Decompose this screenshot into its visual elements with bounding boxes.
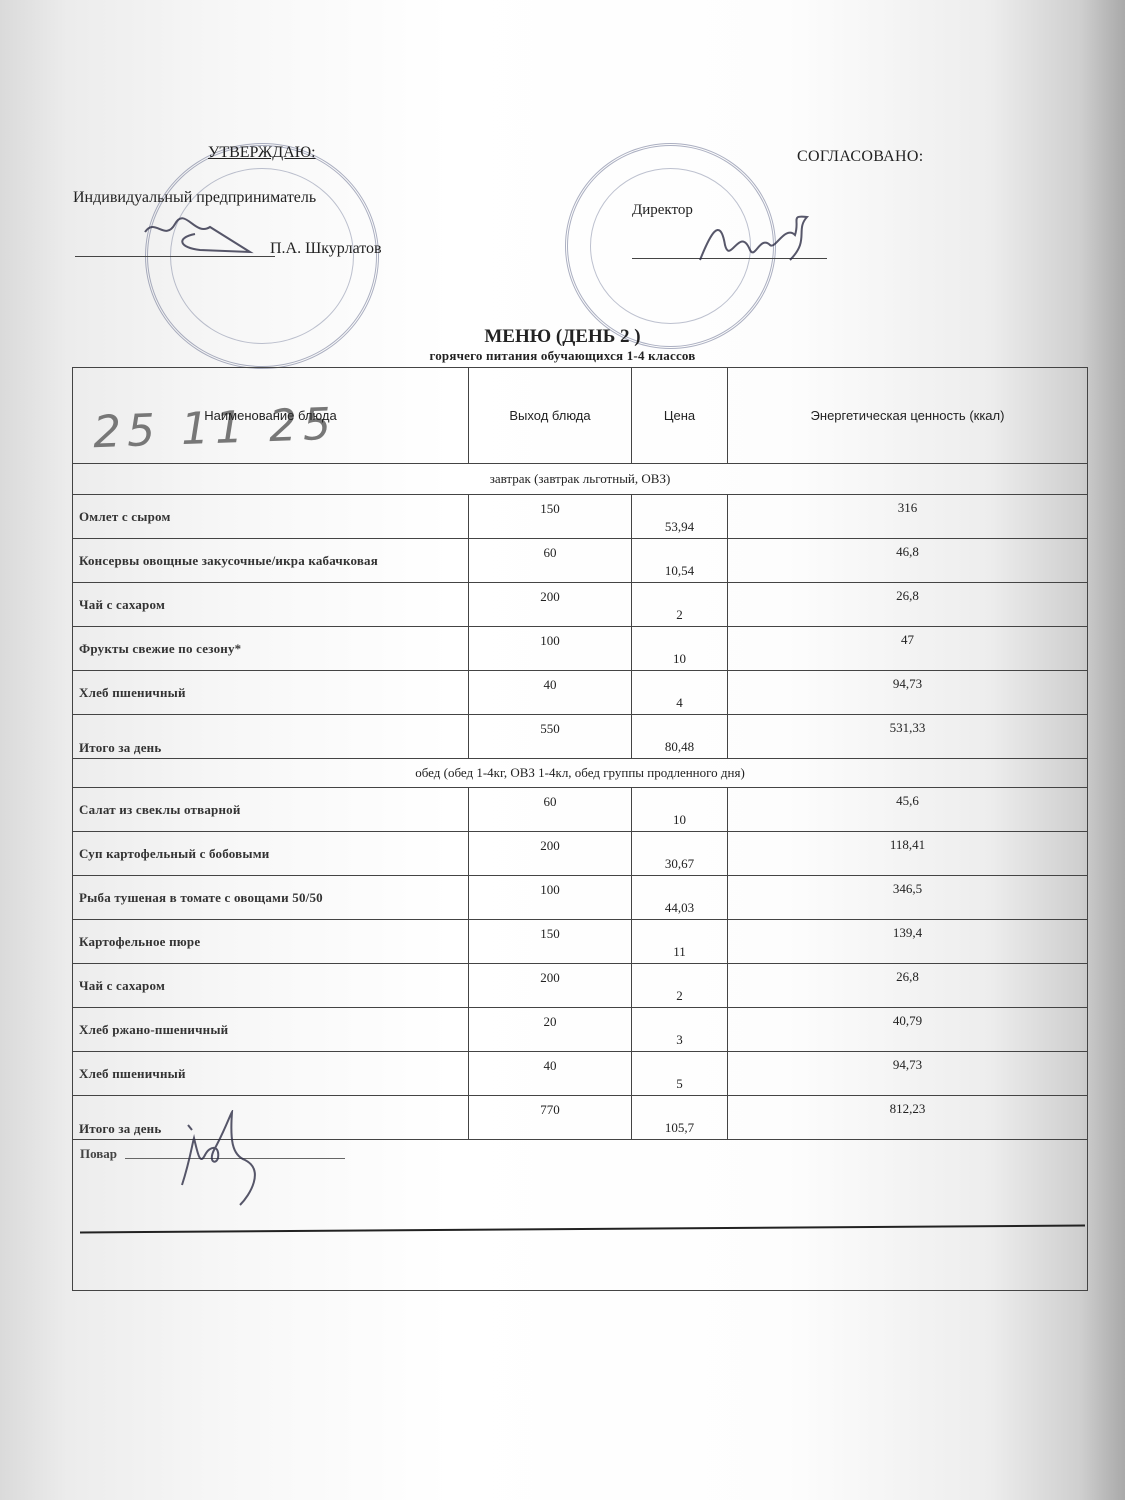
dish-kcal: 346,5: [728, 876, 1088, 920]
cook-label: Повар: [80, 1146, 117, 1162]
dish-price: 53,94: [632, 495, 728, 539]
dish-name: Суп картофельный с бобовыми: [73, 832, 469, 876]
dish-kcal: 812,23: [728, 1096, 1088, 1140]
dish-name: Картофельное пюре: [73, 920, 469, 964]
table-row: Хлеб пшеничный40494,73: [73, 671, 1088, 715]
dish-price: 4: [632, 671, 728, 715]
dish-output: 770: [469, 1096, 632, 1140]
dish-kcal: 118,41: [728, 832, 1088, 876]
dish-price: 80,48: [632, 715, 728, 759]
dish-name: Салат из свеклы отварной: [73, 788, 469, 832]
table-row: Салат из свеклы отварной601045,6: [73, 788, 1088, 832]
dish-output: 20: [469, 1008, 632, 1052]
column-header-output: Выход блюда: [469, 368, 632, 464]
dish-output: 200: [469, 964, 632, 1008]
dish-name: Чай с сахаром: [73, 964, 469, 1008]
dish-price: 2: [632, 964, 728, 1008]
dish-name: Хлеб ржано-пшеничный: [73, 1008, 469, 1052]
table-row: Картофельное пюре15011139,4: [73, 920, 1088, 964]
dish-price: 5: [632, 1052, 728, 1096]
dish-output: 60: [469, 788, 632, 832]
table-row: Рыба тушеная в томате с овощами 50/50100…: [73, 876, 1088, 920]
column-header-kcal: Энергетическая ценность (ккал): [728, 368, 1088, 464]
dish-name: Чай с сахаром: [73, 583, 469, 627]
dish-output: 100: [469, 627, 632, 671]
dish-name: Консервы овощные закусочные/икра кабачко…: [73, 539, 469, 583]
agree-heading: СОГЛАСОВАНО:: [797, 148, 923, 166]
approve-name: П.А. Шкурлатов: [270, 240, 382, 258]
dish-name: Фрукты свежие по сезону*: [73, 627, 469, 671]
column-header-name: 25 11 25 Наименование блюда: [73, 368, 469, 464]
dish-name: Хлеб пшеничный: [73, 1052, 469, 1096]
table-row: Консервы овощные закусочные/икра кабачко…: [73, 539, 1088, 583]
dish-kcal: 26,8: [728, 964, 1088, 1008]
dish-price: 10: [632, 788, 728, 832]
dish-price: 10,54: [632, 539, 728, 583]
dish-price: 30,67: [632, 832, 728, 876]
dish-price: 105,7: [632, 1096, 728, 1140]
approve-signature: [140, 212, 280, 257]
dish-output: 550: [469, 715, 632, 759]
dish-output: 60: [469, 539, 632, 583]
table-row: Фрукты свежие по сезону*1001047: [73, 627, 1088, 671]
agree-role: Директор: [632, 202, 693, 219]
section-header-row: завтрак (завтрак льготный, ОВЗ): [73, 464, 1088, 495]
dish-name: Хлеб пшеничный: [73, 671, 469, 715]
dish-name: Рыба тушеная в томате с овощами 50/50: [73, 876, 469, 920]
dish-output: 200: [469, 832, 632, 876]
dish-price: 11: [632, 920, 728, 964]
table-row: Чай с сахаром200226,8: [73, 583, 1088, 627]
approve-role: Индивидуальный предприниматель: [73, 189, 316, 207]
table-row: Чай с сахаром200226,8: [73, 964, 1088, 1008]
dish-kcal: 46,8: [728, 539, 1088, 583]
table-row: Хлеб ржано-пшеничный20340,79: [73, 1008, 1088, 1052]
dish-kcal: 531,33: [728, 715, 1088, 759]
document-subtitle: горячего питания обучающихся 1-4 классов: [0, 348, 1125, 364]
dish-price: 2: [632, 583, 728, 627]
dish-price: 3: [632, 1008, 728, 1052]
dish-output: 200: [469, 583, 632, 627]
section-header-row: обед (обед 1-4кг, ОВЗ 1-4кл, обед группы…: [73, 759, 1088, 788]
dish-kcal: 40,79: [728, 1008, 1088, 1052]
section-title: обед (обед 1-4кг, ОВЗ 1-4кл, обед группы…: [73, 759, 1088, 788]
document-title: МЕНЮ (ДЕНЬ 2 ): [0, 326, 1125, 348]
dish-name: Итого за день: [73, 715, 469, 759]
section-title: завтрак (завтрак льготный, ОВЗ): [73, 464, 1088, 495]
approve-heading: УТВЕРЖДАЮ:: [208, 144, 316, 162]
table-row: Омлет с сыром15053,94316: [73, 495, 1088, 539]
dish-kcal: 47: [728, 627, 1088, 671]
dish-output: 150: [469, 920, 632, 964]
total-row: Итого за день55080,48531,33: [73, 715, 1088, 759]
dish-output: 40: [469, 671, 632, 715]
dish-kcal: 94,73: [728, 1052, 1088, 1096]
dish-output: 40: [469, 1052, 632, 1096]
dish-kcal: 26,8: [728, 583, 1088, 627]
table-header-row: 25 11 25 Наименование блюда Выход блюда …: [73, 368, 1088, 464]
dish-kcal: 316: [728, 495, 1088, 539]
cook-signature: [170, 1110, 290, 1210]
agree-signature: [695, 205, 815, 275]
table-row: Хлеб пшеничный40594,73: [73, 1052, 1088, 1096]
dish-kcal: 139,4: [728, 920, 1088, 964]
dish-price: 44,03: [632, 876, 728, 920]
table-row: Суп картофельный с бобовыми20030,67118,4…: [73, 832, 1088, 876]
dish-kcal: 45,6: [728, 788, 1088, 832]
dish-kcal: 94,73: [728, 671, 1088, 715]
dish-output: 100: [469, 876, 632, 920]
dish-name: Омлет с сыром: [73, 495, 469, 539]
dish-output: 150: [469, 495, 632, 539]
column-header-price: Цена: [632, 368, 728, 464]
dish-price: 10: [632, 627, 728, 671]
